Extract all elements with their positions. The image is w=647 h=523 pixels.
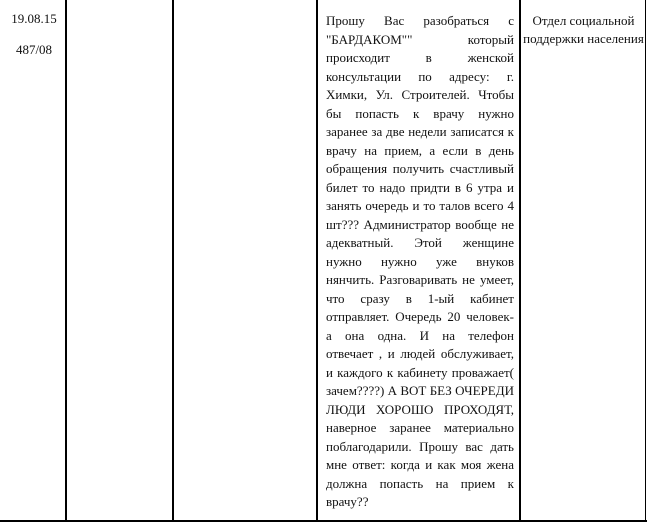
column-divider xyxy=(645,0,646,522)
empty-cell-column-3 xyxy=(175,0,317,520)
date-text: 19.08.15 xyxy=(2,10,66,29)
row-bottom-border xyxy=(0,520,647,522)
complaint-text-cell: Прошу Вас разобраться с "БАРДАКОМ"" кото… xyxy=(319,0,520,512)
empty-cell-column-2 xyxy=(68,0,173,520)
registration-number: 487/08 xyxy=(2,41,66,60)
date-number-cell: 19.08.15 487/08 xyxy=(0,0,66,59)
column-divider xyxy=(316,0,318,522)
department-cell: Отдел социальной поддержки населения xyxy=(522,0,645,48)
column-divider xyxy=(519,0,521,522)
column-divider xyxy=(172,0,174,522)
complaint-table: 19.08.15 487/08 Прошу Вас разобраться с … xyxy=(0,0,647,523)
column-divider xyxy=(65,0,67,522)
